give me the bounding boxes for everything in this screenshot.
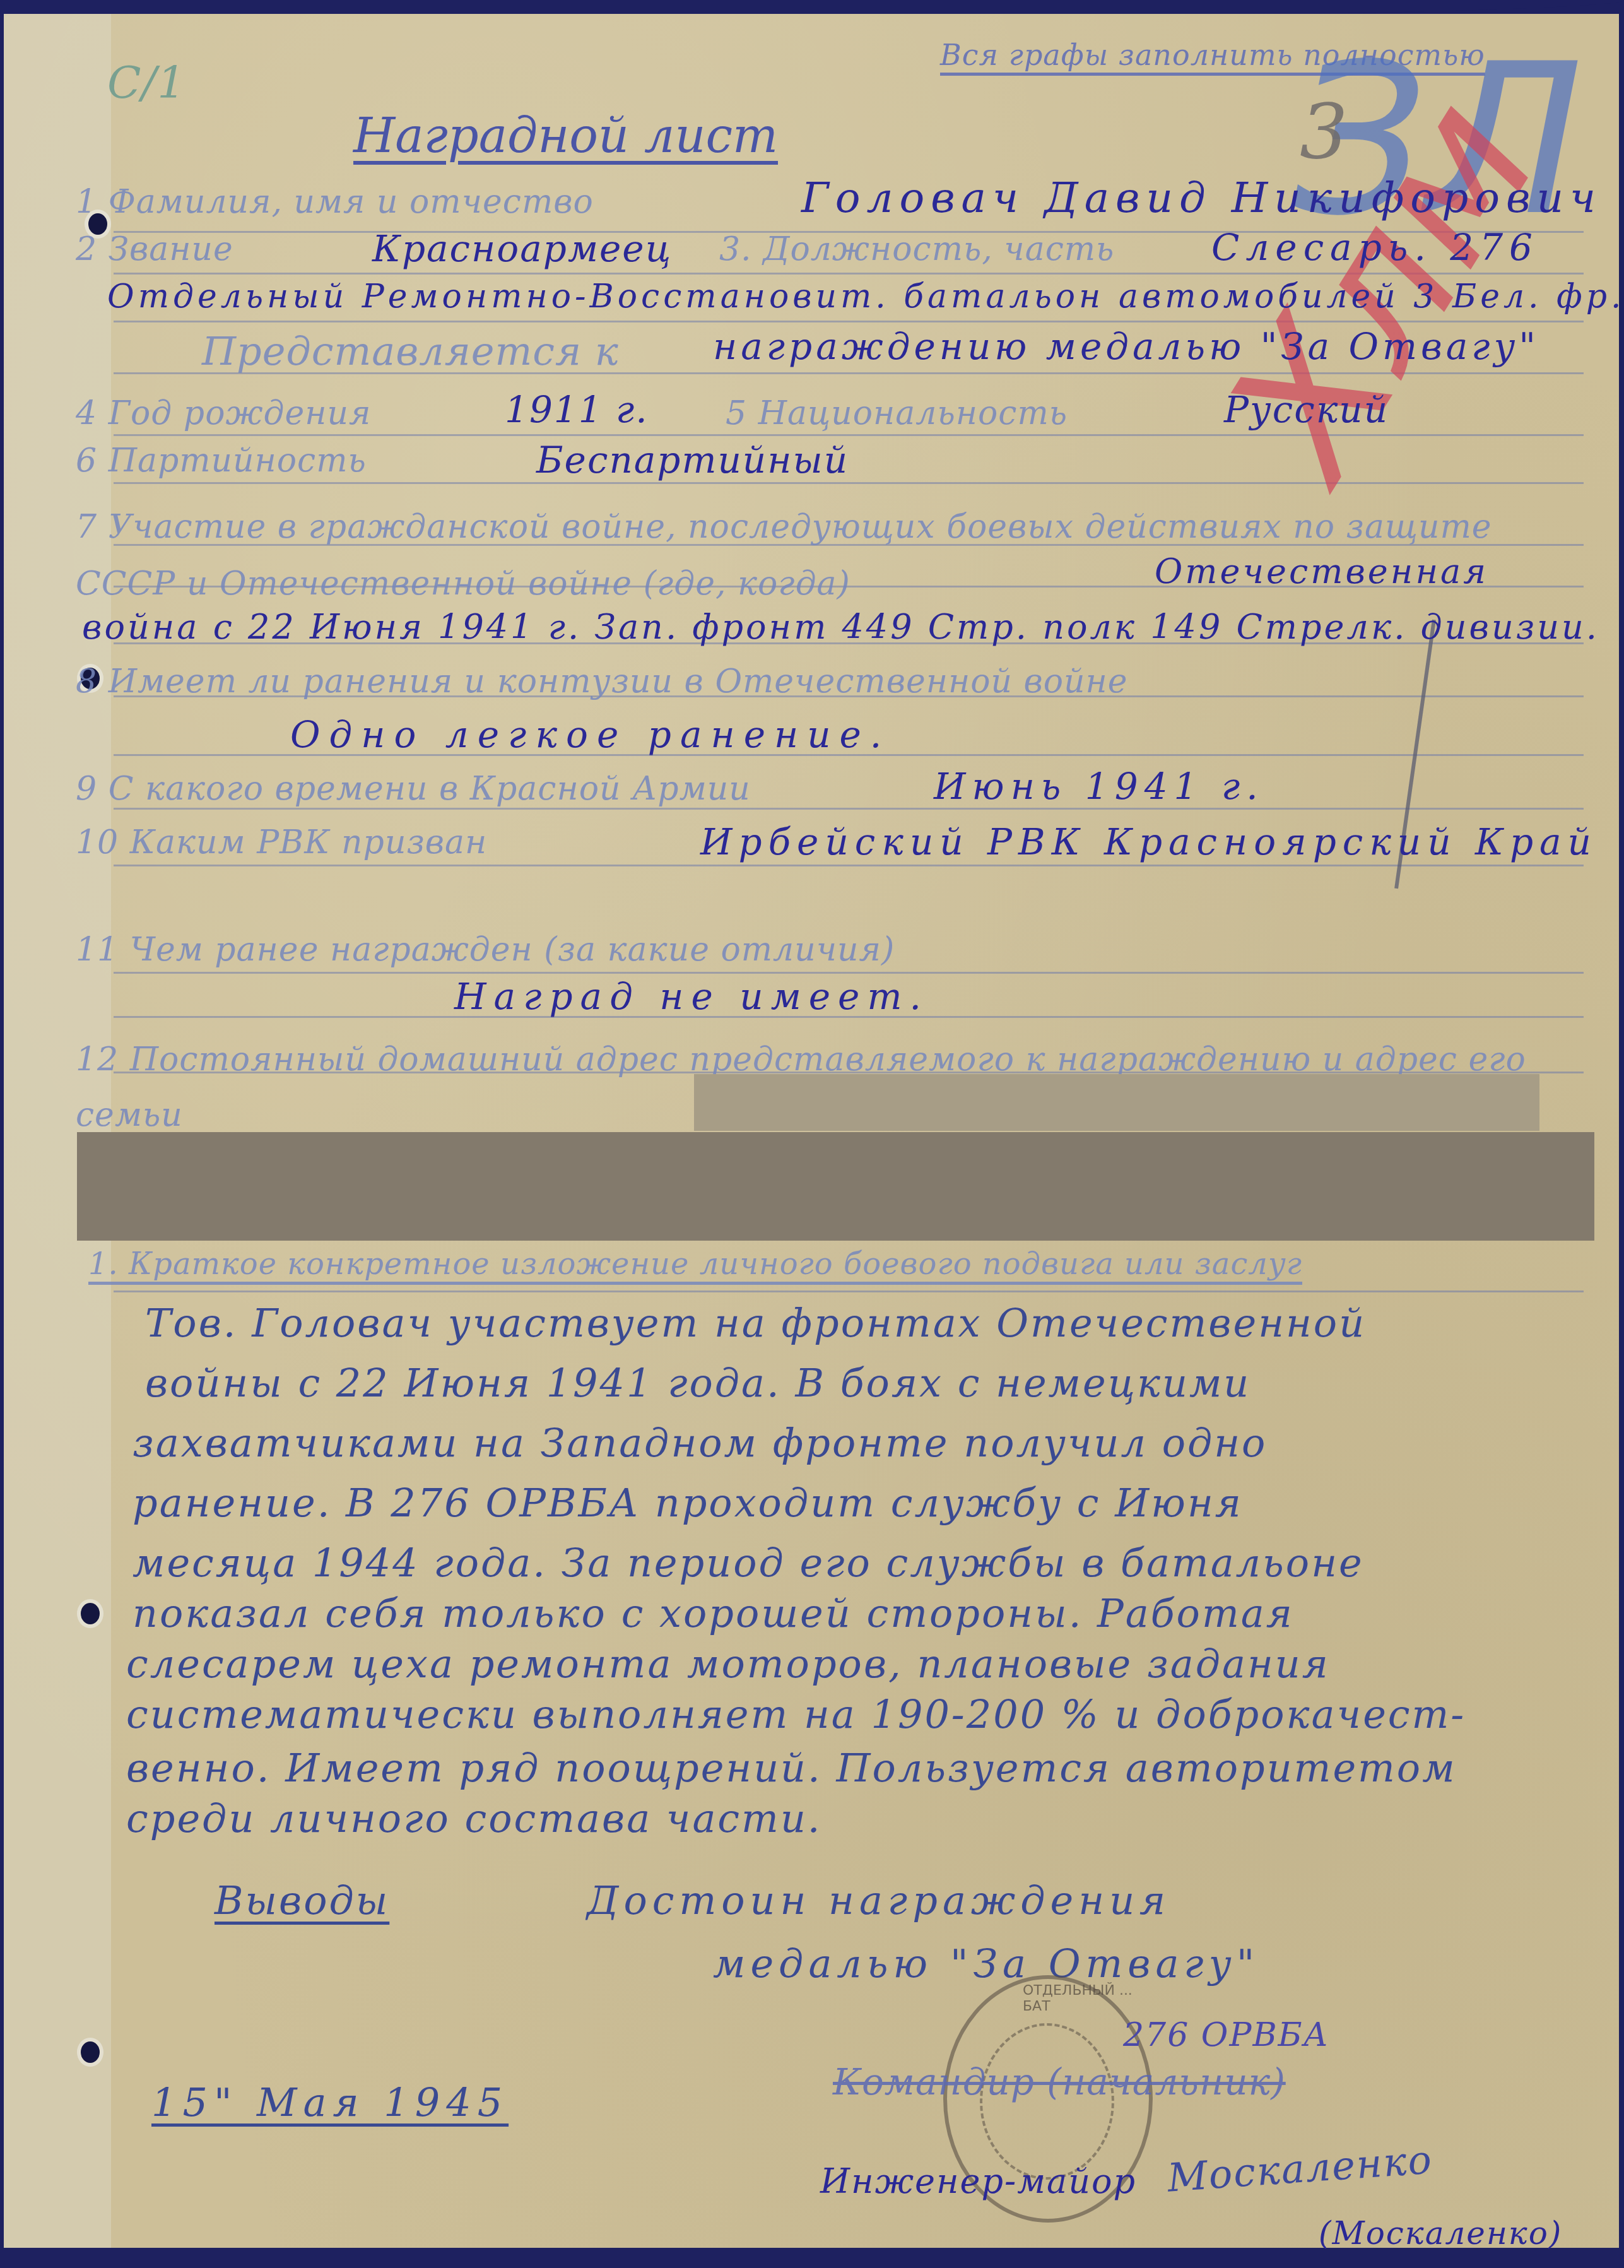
field-value-draft-office: Ирбейский РВК Красноярский Край <box>700 820 1598 863</box>
field-value-war-participation: Отечественная война с 22 Июня 1941 г. За… <box>82 544 1609 655</box>
field-value-rank: Красноармеец <box>372 227 672 270</box>
field-label-service-since: 9 С какого времени в Красной Армии <box>76 770 751 808</box>
citation-line: ранение. В 276 ОРВБА проходит службу с И… <box>132 1480 1243 1526</box>
section-label: 1. Краткое конкретное изложение личного … <box>88 1246 1302 1282</box>
field-label-birth-year: 4 Год рождения <box>76 394 371 432</box>
field-label-wounds: 8 Имеет ли ранения и контузии в Отечеств… <box>76 663 1128 700</box>
citation-line: показал себя только с хорошей стороны. Р… <box>132 1590 1294 1636</box>
citation-line: захватчиками на Западном фронте получил … <box>132 1420 1267 1466</box>
field-value-award: награждению медалью "За Отвагу" <box>713 325 1539 368</box>
field-value-name: Головач Давид Никифорович <box>801 174 1602 222</box>
citation-line: войны с 22 Июня 1941 года. В боях с неме… <box>145 1360 1250 1406</box>
field-label-party: 6 Партийность <box>76 442 367 480</box>
field-label-award: Представляется к <box>202 328 619 374</box>
citation-line: систематически выполняет на 190-200 % и … <box>126 1691 1466 1737</box>
field-label-name: 1 Фамилия, имя и отчество <box>76 183 594 221</box>
field-value-wounds: Одно легкое ранение. <box>290 713 890 756</box>
field-value-unit: Отдельный Ремонтно-Восстановит. батальон… <box>107 278 1624 316</box>
signature-unit: 276 ОРВБА <box>1123 2016 1329 2054</box>
field-value-position: Слесарь. 276 <box>1211 226 1539 269</box>
citation-line: среди личного состава части. <box>126 1795 822 1841</box>
field-value-previous-awards: Наград не имеет. <box>454 975 929 1018</box>
field-label-rank: 2 Звание <box>76 230 233 268</box>
field-value-service-since: Июнь 1941 г. <box>934 765 1264 808</box>
field-label-previous-awards: 11 Чем ранее награжден (за какие отличия… <box>76 931 895 969</box>
date: 15" Мая 1945 <box>151 2079 509 2125</box>
field-value-nationality: Русский <box>1224 388 1389 431</box>
field-label-nationality: 5 Национальность <box>726 394 1068 432</box>
conclusion-line-1: Достоин награждения <box>587 1877 1170 1923</box>
signature-rank: Инженер-майор <box>820 2161 1136 2201</box>
citation-line: венно. Имеет ряд поощрений. Пользуется а… <box>126 1745 1457 1791</box>
field-value-party: Беспартийный <box>536 439 849 481</box>
corner-mark: С/1 <box>107 57 186 109</box>
field-label-draft-office: 10 Каким РВК призван <box>76 824 487 861</box>
citation-line: Тов. Головач участвует на фронтах Отечес… <box>145 1300 1366 1346</box>
conclusion-label: Выводы <box>215 1877 389 1923</box>
field-value-birth-year: 1911 г. <box>505 388 649 431</box>
field-label-position: 3. Должность, часть <box>719 230 1114 268</box>
signatory-name: (Москаленко) <box>1319 2215 1562 2252</box>
punch-hole <box>81 2041 100 2063</box>
conclusion-line-2: медалью "За Отвагу" <box>713 1940 1259 1987</box>
citation-line: слесарем цеха ремонта моторов, плановые … <box>126 1641 1330 1687</box>
redaction-box <box>77 1132 1594 1241</box>
redaction-box <box>694 1074 1539 1131</box>
punch-hole <box>81 1603 100 1624</box>
signature-role: Командир (начальник) <box>833 2060 1286 2103</box>
citation-line: месяца 1944 года. За период его службы в… <box>132 1540 1364 1586</box>
page-title: Наградной лист <box>353 107 778 163</box>
